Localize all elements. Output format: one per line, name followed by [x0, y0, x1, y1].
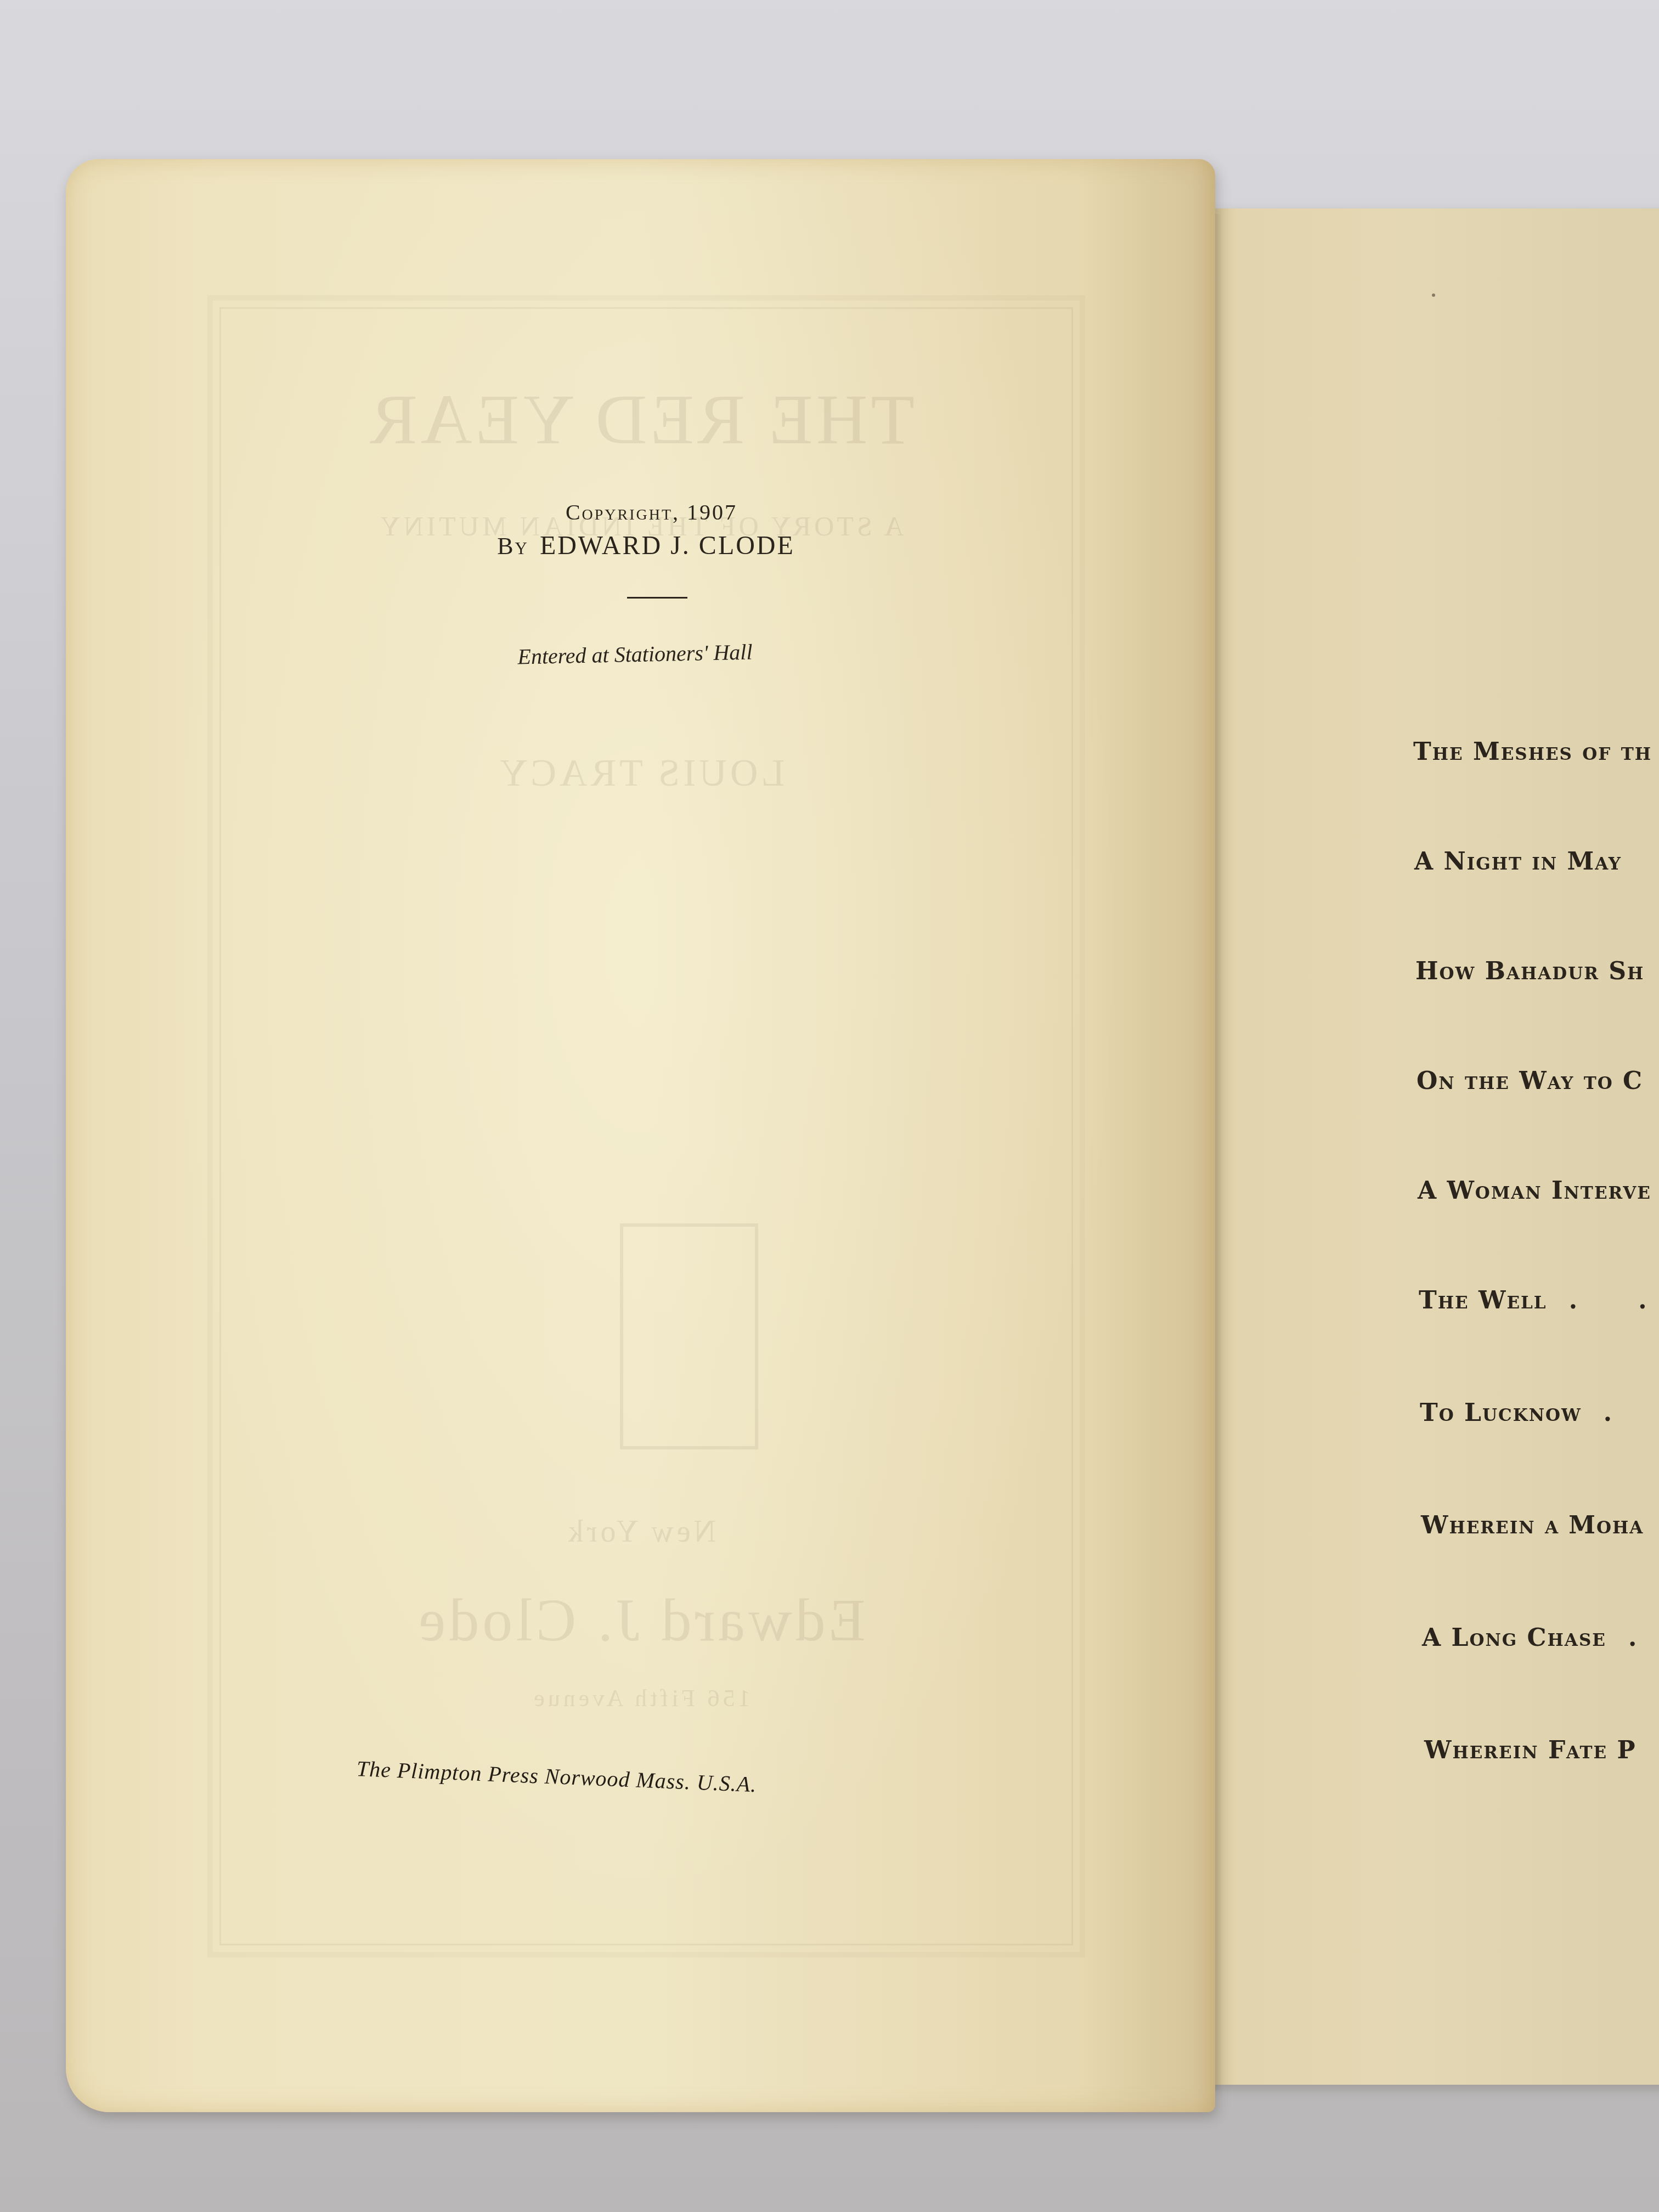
toc-entry: Wherein a Moha	[1421, 1511, 1659, 1539]
copyright-year: Copyright, 1907	[88, 499, 1215, 525]
divider-rule	[627, 597, 687, 599]
toc-entry: A Long Chase.	[1422, 1624, 1659, 1652]
left-page-copyright: THE RED YEAR A STORY OF THE INDIAN MUTIN…	[66, 159, 1215, 2112]
showthrough-imprint: Edward J. Clode	[66, 1585, 1215, 1655]
photo-scene: The Meshes of th A Night in May How Baha…	[0, 0, 1659, 2212]
right-page-contents: The Meshes of th A Night in May How Baha…	[1207, 208, 1659, 2085]
showthrough-address: 156 Fifth Avenue	[66, 1684, 1215, 1712]
copyright-holder: ByEDWARD J. CLODE	[77, 531, 1215, 561]
showthrough-city: New York	[66, 1514, 1215, 1549]
toc-entry: To Lucknow.	[1420, 1399, 1638, 1427]
by-prefix: By	[497, 533, 529, 560]
table-of-contents: The Meshes of th A Night in May How Baha…	[1207, 208, 1659, 2085]
showthrough-vignette	[620, 1223, 758, 1449]
toc-entry: A Night in May	[1414, 848, 1644, 876]
toc-entry: The Well. .	[1419, 1286, 1659, 1314]
publisher-name: EDWARD J. CLODE	[540, 531, 795, 560]
toc-entry: A Woman Interve	[1418, 1177, 1659, 1205]
toc-entry: How Bahadur Sh	[1415, 957, 1659, 985]
toc-entry: The Meshes of th	[1413, 738, 1659, 766]
showthrough-author: LOUIS TRACY	[66, 752, 1215, 795]
paper-speck	[1432, 294, 1435, 297]
toc-entry: On the Way to C	[1417, 1067, 1659, 1095]
showthrough-title: THE RED YEAR	[66, 379, 1215, 461]
toc-entry: Wherein Fate P	[1424, 1736, 1658, 1764]
copyright-notice: Copyright, 1907 ByEDWARD J. CLODE Entere…	[66, 499, 1215, 667]
